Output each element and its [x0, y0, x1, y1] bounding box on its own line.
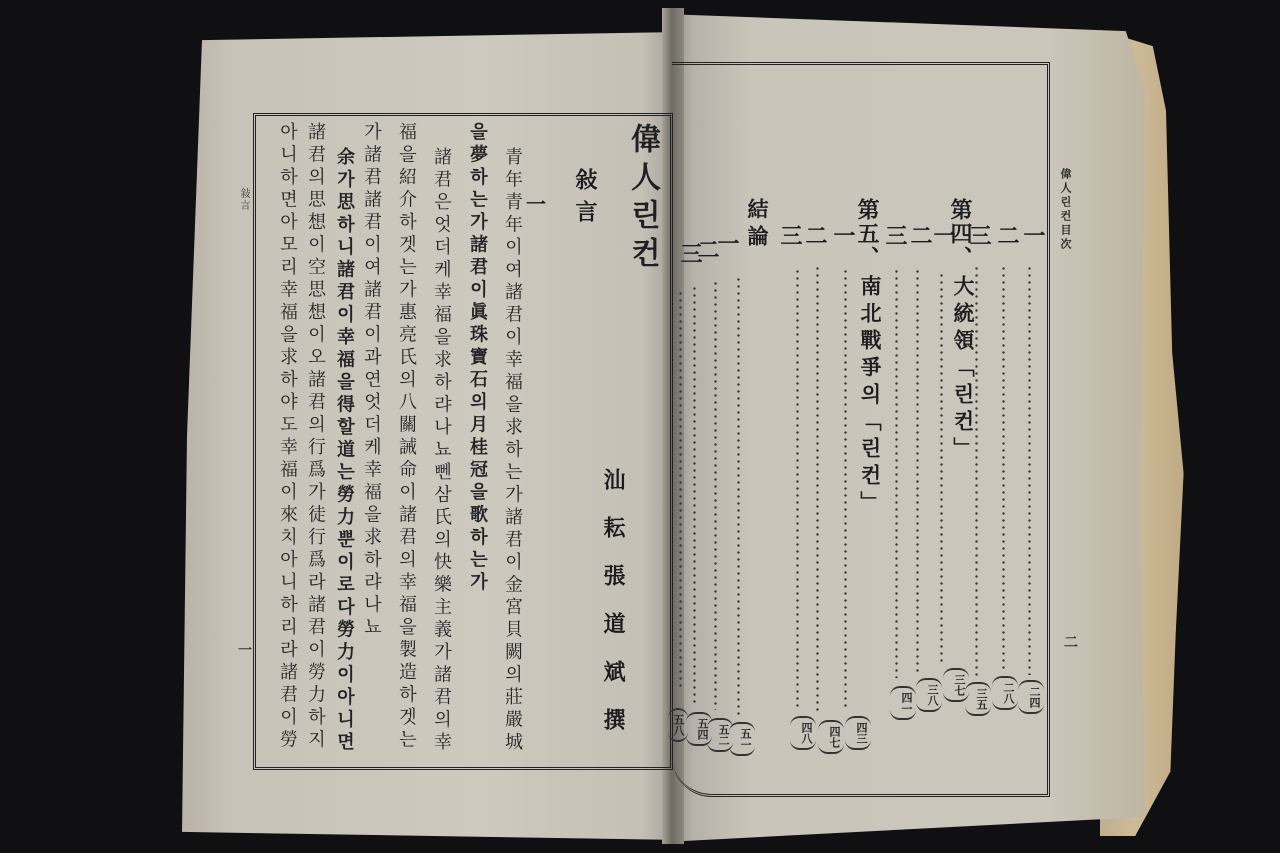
toc-leader-dots: [1028, 265, 1031, 675]
toc-page-number: 四三: [845, 716, 871, 750]
chapter-title: 南北戰爭의「린컨」: [855, 275, 885, 518]
toc-entry-label: 二: [992, 224, 1023, 246]
chapter-title: 結論: [742, 198, 772, 252]
toc-page-number: 二四: [1018, 680, 1044, 714]
toc-entry-label: 三: [775, 224, 806, 246]
section-title: 敍言: [570, 168, 601, 232]
preface-column-7: 諸君의思想이空思想이오諸君의行爲가徒行爲라諸君이勞力하지: [306, 122, 324, 752]
toc-entry-label: 三: [675, 242, 706, 264]
toc-leader-dots: [1002, 265, 1005, 670]
toc-leader-dots: [693, 285, 696, 705]
section-number: 一: [526, 188, 546, 217]
right-running-header: 偉人린컨目次: [1057, 168, 1073, 252]
toc-chapter-5-title: 南北戰爭의「린컨」: [855, 275, 885, 518]
book-title: 偉人린컨: [620, 123, 664, 275]
preface-column-6: 余가思하니諸君이幸福을得할道는勞力뿐이로다勞力이아니면: [335, 147, 353, 755]
toc-leader-dots: [737, 276, 740, 716]
preface-column-3: 諸君은엇더케幸福을求하랴나뇨뻰삼氏의快樂主義가諸君의幸: [432, 147, 450, 755]
toc-page-number: 五四: [686, 712, 712, 746]
toc-leader-dots: [714, 280, 717, 710]
toc-conclusion[interactable]: 結論: [742, 198, 772, 252]
toc-leader-dots: [679, 290, 682, 690]
left-page-number: 一: [238, 640, 252, 660]
author-line: 汕耘張道斌撰: [598, 468, 629, 756]
toc-leader-dots: [895, 268, 898, 678]
preface-column-2: 을夢하는가諸君이眞珠寶石의月桂冠을歌하는가: [468, 122, 486, 595]
toc-entry-label: 三: [880, 224, 911, 246]
toc-page-number: 三八: [916, 678, 942, 712]
preface-column-5: 가諸君諸君이여諸君이과연엇더케幸福을求하랴나뇨: [362, 122, 380, 640]
toc-page-number: 四八: [790, 716, 816, 750]
toc-leader-dots: [940, 272, 943, 664]
toc-leader-dots: [796, 268, 799, 708]
toc-leader-dots: [916, 268, 919, 673]
right-page-number: 二: [1064, 632, 1078, 652]
toc-leader-dots: [816, 265, 819, 713]
preface-column-1: 青年青年이여諸君이幸福을求하는가諸君이金宮貝闕의莊嚴城: [503, 147, 521, 755]
toc-page-number: 二八: [992, 676, 1018, 710]
toc-page-number: 五八: [668, 708, 688, 742]
preface-column-8: 아니하면아모리幸福을求하야도幸福이來치아니하리라諸君이勞: [278, 122, 296, 752]
toc-page-number: 三七: [943, 668, 969, 702]
toc-leader-dots: [844, 268, 847, 708]
left-running-header: 敍言: [236, 188, 251, 212]
toc-chapter-4-title: 大統領「린컨」: [948, 275, 978, 464]
preface-column-4: 福을紹介하겟는가惠亮氏의八關誡命이諸君의幸福을製造하겟는: [397, 122, 415, 752]
toc-entry-label: 一: [828, 224, 859, 246]
chapter-title: 大統領「린컨」: [948, 275, 978, 464]
toc-page-number: 四七: [818, 720, 844, 754]
toc-page-number: 四一: [890, 686, 916, 720]
